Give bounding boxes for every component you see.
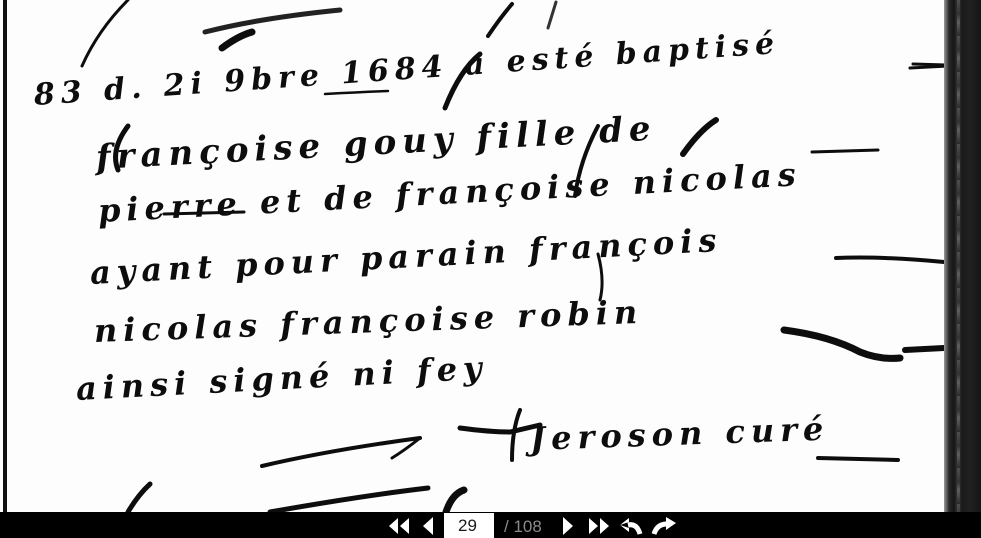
last-page-button[interactable] bbox=[586, 516, 612, 536]
pagination-toolbar: / 108 bbox=[0, 512, 981, 538]
page-binding-streak bbox=[957, 0, 960, 512]
undo-button[interactable] bbox=[618, 516, 644, 536]
document-viewer: 83 d. 2i 9bre 1684 a esté baptisé franço… bbox=[0, 0, 981, 538]
redo-button[interactable] bbox=[650, 516, 678, 536]
previous-page-button[interactable] bbox=[420, 516, 436, 536]
scanned-page[interactable]: 83 d. 2i 9bre 1684 a esté baptisé franço… bbox=[0, 0, 981, 512]
redo-arrow-icon bbox=[651, 517, 677, 535]
triangle-left-icon bbox=[421, 516, 435, 536]
page-total-label: / 108 bbox=[504, 516, 542, 538]
next-page-button[interactable] bbox=[560, 516, 576, 536]
triangle-right-icon bbox=[561, 516, 575, 536]
page-number-input[interactable] bbox=[444, 513, 494, 538]
double-chevron-left-icon bbox=[387, 517, 411, 535]
undo-arrow-icon bbox=[619, 517, 643, 535]
first-page-button[interactable] bbox=[386, 516, 412, 536]
page-binding-edge bbox=[944, 0, 981, 512]
double-chevron-right-icon bbox=[587, 517, 611, 535]
